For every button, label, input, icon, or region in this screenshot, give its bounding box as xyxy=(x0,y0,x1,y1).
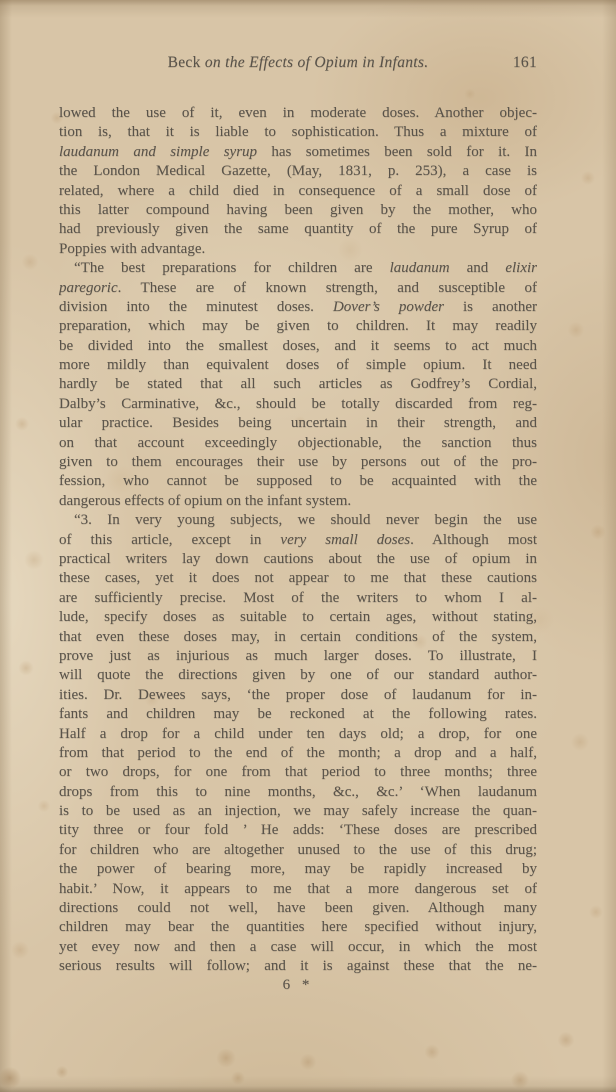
text-line: is to be used as an injection, we may sa… xyxy=(59,802,537,821)
text-line: given to them encourages their use by pe… xyxy=(59,453,537,472)
text-line: ities. Dr. Dewees says, ‘the proper dose… xyxy=(59,686,537,705)
text-line: Half a drop for a child under ten days o… xyxy=(59,725,537,744)
text-line: tion is, that it is liable to sophistica… xyxy=(59,123,537,142)
text-line: the London Medical Gazette, (May, 1831, … xyxy=(59,162,537,181)
running-header-title: on the Effects of Opium in Infants. xyxy=(201,54,429,71)
text-line: preparation, which may be given to child… xyxy=(59,317,537,336)
text-line: fession, who cannot be supposed to be ac… xyxy=(59,472,537,491)
page-number: 161 xyxy=(513,54,537,72)
text-line: these cases, yet it does not appear to m… xyxy=(59,569,537,588)
text-line: serious results will follow; and it is a… xyxy=(59,957,537,976)
text-line: “3. In very young subjects, we should ne… xyxy=(59,511,537,530)
text-line: had previously given the same quantity o… xyxy=(59,220,537,239)
text-line: paregoric. These are of known strength, … xyxy=(59,279,537,298)
text-line: from that period to the end of the month… xyxy=(59,744,537,763)
running-header: Beck on the Effects of Opium in Infants.… xyxy=(59,54,537,76)
running-header-author: Beck xyxy=(168,54,201,71)
text-line: hardly be stated that all such articles … xyxy=(59,375,537,394)
text-line: dangerous effects of opium on the infant… xyxy=(59,492,537,511)
text-line: prove just as injurious as much larger d… xyxy=(59,647,537,666)
text-line: Dalby’s Carminative, &c., should be tota… xyxy=(59,395,537,414)
body-text: lowed the use of it, even in moderate do… xyxy=(59,104,537,977)
text-line: are sufficiently precise. Most of the wr… xyxy=(59,589,537,608)
text-line: for children who are altogether unused t… xyxy=(59,841,537,860)
text-line: or two drops, for one from that period t… xyxy=(59,763,537,782)
text-line: more mildly than equivalent doses of sim… xyxy=(59,356,537,375)
text-line: yet evey now and then a case will occur,… xyxy=(59,938,537,957)
text-line: directions could not well, have been giv… xyxy=(59,899,537,918)
text-line: children may bear the quantities here sp… xyxy=(59,918,537,937)
text-line: on that account exceedingly objectionabl… xyxy=(59,434,537,453)
text-line: habit.’ Now, it appears to me that a mor… xyxy=(59,880,537,899)
text-line: laudanum and simple syrup has sometimes … xyxy=(59,143,537,162)
text-line: related, where a child died in consequen… xyxy=(59,182,537,201)
text-line: be divided into the smallest doses, and … xyxy=(59,337,537,356)
text-line: Poppies with advantage. xyxy=(59,240,537,259)
text-line: the power of bearing more, may be rapidl… xyxy=(59,860,537,879)
text-line: tity three or four fold ’ He adds: ‘Thes… xyxy=(59,821,537,840)
text-line: division into the minutest doses. Dover’… xyxy=(59,298,537,317)
text-line: drops from this to nine months, &c., &c.… xyxy=(59,783,537,802)
text-line: that even these doses may, in certain co… xyxy=(59,628,537,647)
text-line: ular practice. Besides being uncertain i… xyxy=(59,414,537,433)
text-line: of this article, except in very small do… xyxy=(59,531,537,550)
text-line: fants and children may be reckoned at th… xyxy=(59,705,537,724)
text-line: “The best preparations for children are … xyxy=(59,259,537,278)
text-line: will quote the directions given by one o… xyxy=(59,666,537,685)
book-page-scan: Beck on the Effects of Opium in Infants.… xyxy=(0,0,616,1092)
signature-mark: 6 * xyxy=(59,977,537,994)
text-line: practical writers lay down cautions abou… xyxy=(59,550,537,569)
text-line: lowed the use of it, even in moderate do… xyxy=(59,104,537,123)
text-line: this latter compound having been given b… xyxy=(59,201,537,220)
text-line: lude, specify doses as suitable to certa… xyxy=(59,608,537,627)
